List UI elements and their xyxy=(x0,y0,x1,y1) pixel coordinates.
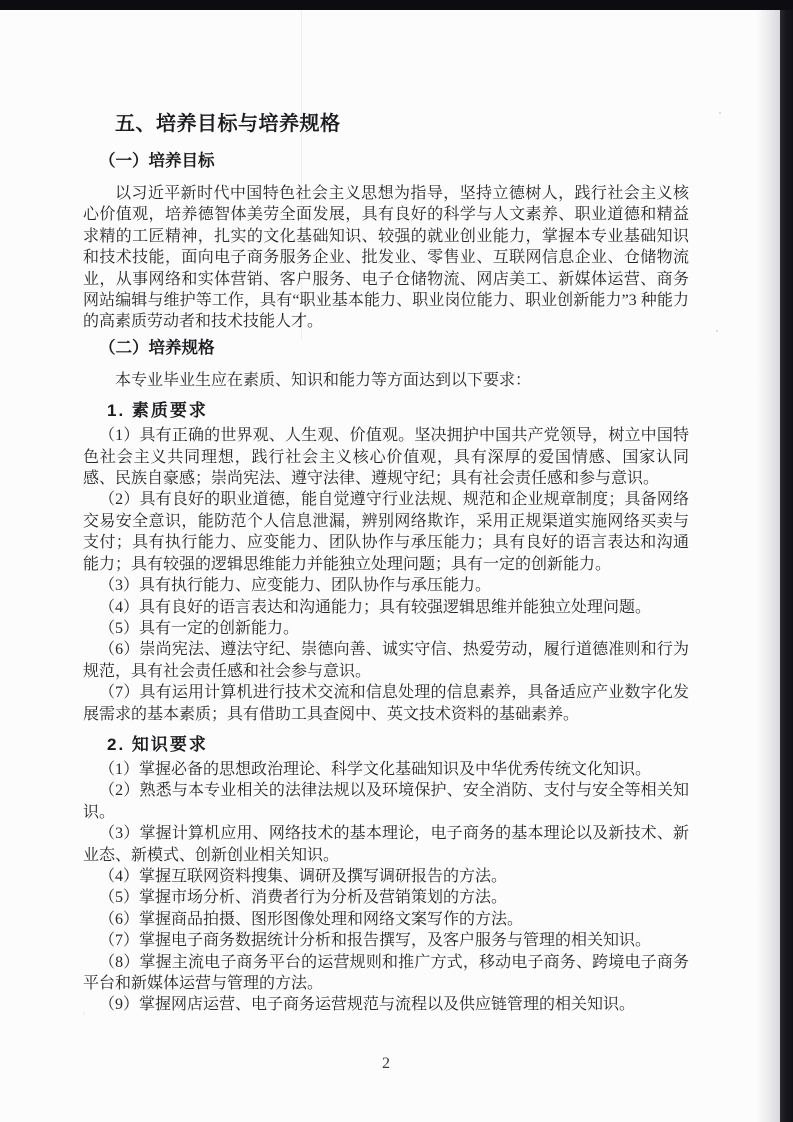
knowledge-item-8: （8）掌握主流电子商务平台的运营规则和推广方式，移动电子商务、跨境电子商务平台和… xyxy=(83,952,689,995)
knowledge-item-7: （7）掌握电子商务数据统计分析和报告撰写，及客户服务与管理的相关知识。 xyxy=(83,930,689,951)
knowledge-item-5: （5）掌握市场分析、消费者行为分析及营销策划的方法。 xyxy=(83,887,689,908)
heading-knowledge-requirements: 2. 知识要求 xyxy=(107,734,689,755)
knowledge-item-2: （2）熟悉与本专业相关的法律法规以及环境保护、安全消防、支付与安全等相关知识。 xyxy=(83,780,689,823)
scan-speckle xyxy=(716,330,718,332)
knowledge-item-9: （9）掌握网店运营、电子商务运营规范与流程以及供应链管理的相关知识。 xyxy=(83,994,689,1015)
knowledge-item-4: （4）掌握互联网资料搜集、调研及撰写调研报告的方法。 xyxy=(83,866,689,887)
scan-shadow-right xyxy=(756,0,780,1122)
knowledge-item-1: （1）掌握必备的思想政治理论、科学文化基础知识及中华优秀传统文化知识。 xyxy=(83,759,689,780)
paragraph-training-objectives: 以习近平新时代中国特色社会主义思想为指导，坚持立德树人，践行社会主义核心价值观，… xyxy=(83,183,689,333)
document-page: 五、培养目标与培养规格 （一）培养目标 以习近平新时代中国特色社会主义思想为指导… xyxy=(0,0,793,1122)
scan-speckle xyxy=(719,112,721,114)
quality-item-3: （3）具有执行能力、应变能力、团队协作与承压能力。 xyxy=(83,575,689,596)
quality-item-5: （5）具有一定的创新能力。 xyxy=(83,618,689,639)
knowledge-item-6: （6）掌握商品拍摄、图形图像处理和网络文案写作的方法。 xyxy=(83,909,689,930)
heading-training-objectives: （一）培养目标 xyxy=(99,151,689,172)
quality-item-4: （4）具有良好的语言表达和沟通能力；具有较强逻辑思维并能独立处理问题。 xyxy=(83,597,689,618)
scan-edge-top xyxy=(0,0,793,10)
heading-quality-requirements: 1. 素质要求 xyxy=(107,400,689,421)
quality-item-6: （6）崇尚宪法、遵法守纪、崇德向善、诚实守信、热爱劳动，履行道德准则和行为规范，… xyxy=(83,639,689,682)
quality-item-1: （1）具有正确的世界观、人生观、价值观。坚决拥护中国共产党领导，树立中国特色社会… xyxy=(83,425,689,489)
quality-item-2: （2）具有良好的职业道德，能自觉遵守行业法规、规范和企业规章制度；具备网络交易安… xyxy=(83,489,689,575)
page-number: 2 xyxy=(83,1054,689,1074)
knowledge-item-3: （3）掌握计算机应用、网络技术的基本理论，电子商务的基本理论以及新技术、新业态、… xyxy=(83,823,689,866)
heading-training-specifications: （二）培养规格 xyxy=(99,338,689,359)
paragraph-specifications-intro: 本专业毕业生应在素质、知识和能力等方面达到以下要求： xyxy=(83,370,689,391)
quality-item-7: （7）具有运用计算机进行技术交流和信息处理的信息素养，具备适应产业数字化发展需求… xyxy=(83,682,689,725)
section-title: 五、培养目标与培养规格 xyxy=(115,111,689,137)
page-content: 五、培养目标与培养规格 （一）培养目标 以习近平新时代中国特色社会主义思想为指导… xyxy=(83,111,689,1016)
scan-edge-right xyxy=(780,0,793,1122)
